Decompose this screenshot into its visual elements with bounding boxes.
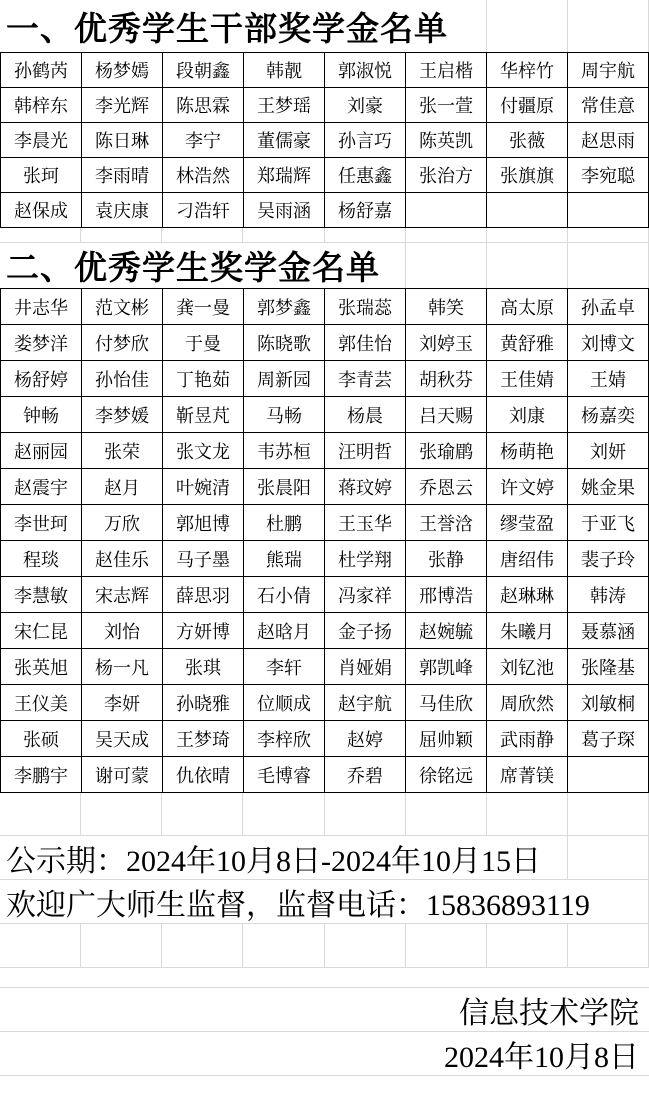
name-cell: 王梦琦 xyxy=(163,721,244,757)
name-cell: 孙言巧 xyxy=(325,123,406,158)
name-cell: 朱曦月 xyxy=(487,613,568,649)
name-cell: 胡秋芬 xyxy=(406,361,487,397)
supervision-phone-text: 欢迎广大师生监督，监督电话：15836893119 xyxy=(0,880,598,923)
name-cell: 肖娅娟 xyxy=(325,649,406,685)
name-cell: 蒋玟婷 xyxy=(325,469,406,505)
name-cell: 李雨晴 xyxy=(82,158,163,193)
table-row: 井志华范文彬龚一曼郭梦鑫张瑞蕊韩笑高太原孙孟卓 xyxy=(1,289,649,325)
name-cell: 刘妍 xyxy=(568,433,649,469)
name-cell: 孙晓雅 xyxy=(163,685,244,721)
table-row: 赵丽园张荣张文龙韦苏桓汪明哲张瑜鹛杨萌艳刘妍 xyxy=(1,433,649,469)
name-cell: 刘敏桐 xyxy=(568,685,649,721)
name-cell: 杨舒婷 xyxy=(1,361,82,397)
table-row: 宋仁昆刘怡方妍博赵晗月金子扬赵婉毓朱曦月聂慕涵 xyxy=(1,613,649,649)
name-cell: 王玉华 xyxy=(325,505,406,541)
name-cell: 席菁镁 xyxy=(487,757,568,793)
name-cell: 屈帅颖 xyxy=(406,721,487,757)
name-cell: 张静 xyxy=(406,541,487,577)
name-cell: 赵婉毓 xyxy=(406,613,487,649)
name-cell: 李光辉 xyxy=(82,88,163,123)
name-cell: 孙怡佳 xyxy=(82,361,163,397)
name-cell: 张晨阳 xyxy=(244,469,325,505)
name-cell: 张英旭 xyxy=(1,649,82,685)
name-cell: 郑瑞辉 xyxy=(244,158,325,193)
name-cell: 任惠鑫 xyxy=(325,158,406,193)
name-cell: 孙孟卓 xyxy=(568,289,649,325)
name-cell: 刁浩轩 xyxy=(163,193,244,228)
name-cell: 郭梦鑫 xyxy=(244,289,325,325)
name-cell: 李青芸 xyxy=(325,361,406,397)
name-cell: 刘钇池 xyxy=(487,649,568,685)
notice-row-2: 欢迎广大师生监督，监督电话：15836893119 xyxy=(0,880,649,924)
name-cell: 赵月 xyxy=(82,469,163,505)
name-cell: 韩笑 xyxy=(406,289,487,325)
name-cell: 赵保成 xyxy=(1,193,82,228)
name-cell: 李世珂 xyxy=(1,505,82,541)
name-cell: 李轩 xyxy=(244,649,325,685)
name-cell: 赵思雨 xyxy=(568,123,649,158)
name-cell: 张隆基 xyxy=(568,649,649,685)
name-cell: 郭旭博 xyxy=(163,505,244,541)
name-cell: 韦苏桓 xyxy=(244,433,325,469)
signature-date-row: 2024年10月8日 xyxy=(0,1032,649,1076)
name-cell: 韩梓东 xyxy=(1,88,82,123)
table-row: 孙鹤芮杨梦嫣段朝鑫韩靓郭淑悦王启楷华梓竹周宇航 xyxy=(1,53,649,88)
name-cell: 赵琳琳 xyxy=(487,577,568,613)
name-cell: 李宁 xyxy=(163,123,244,158)
name-cell: 张珂 xyxy=(1,158,82,193)
name-cell: 于亚飞 xyxy=(568,505,649,541)
name-cell: 姚金果 xyxy=(568,469,649,505)
name-cell: 杨嘉奕 xyxy=(568,397,649,433)
table-row: 张硕吴天成王梦琦李梓欣赵婷屈帅颖武雨静葛子琛 xyxy=(1,721,649,757)
name-cell: 张文龙 xyxy=(163,433,244,469)
name-cell: 杨舒嘉 xyxy=(325,193,406,228)
name-cell: 裴子玲 xyxy=(568,541,649,577)
name-cell: 赵宇航 xyxy=(325,685,406,721)
name-cell: 张硕 xyxy=(1,721,82,757)
name-cell: 吴天成 xyxy=(82,721,163,757)
name-cell: 宋志辉 xyxy=(82,577,163,613)
name-cell: 吴雨涵 xyxy=(244,193,325,228)
section1-title-row: 一、优秀学生干部奖学金名单 xyxy=(0,0,649,52)
name-cell: 杨萌艳 xyxy=(487,433,568,469)
section1-table: 孙鹤芮杨梦嫣段朝鑫韩靓郭淑悦王启楷华梓竹周宇航韩梓东李光辉陈思霖王梦瑶刘豪张一萱… xyxy=(0,52,649,228)
name-cell: 葛子琛 xyxy=(568,721,649,757)
name-cell: 吕天赐 xyxy=(406,397,487,433)
name-cell: 娄梦洋 xyxy=(1,325,82,361)
empty-row xyxy=(0,793,649,836)
name-cell: 赵婷 xyxy=(325,721,406,757)
name-cell: 陈英凯 xyxy=(406,123,487,158)
name-cell: 王仪美 xyxy=(1,685,82,721)
name-cell: 冯家祥 xyxy=(325,577,406,613)
empty-cell xyxy=(568,193,649,228)
name-cell: 马佳欣 xyxy=(406,685,487,721)
name-cell: 李宛聪 xyxy=(568,158,649,193)
section2-table-body: 井志华范文彬龚一曼郭梦鑫张瑞蕊韩笑高太原孙孟卓娄梦洋付梦欣于曼陈晓歌郭佳怡刘婷玉… xyxy=(1,289,649,793)
signature-date: 2024年10月8日 xyxy=(436,1032,649,1075)
name-cell: 李梓欣 xyxy=(244,721,325,757)
name-cell: 黄舒雅 xyxy=(487,325,568,361)
table-row: 韩梓东李光辉陈思霖王梦瑶刘豪张一萱付疆原常佳意 xyxy=(1,88,649,123)
name-cell: 武雨静 xyxy=(487,721,568,757)
name-cell: 张薇 xyxy=(487,123,568,158)
name-cell: 叶婉清 xyxy=(163,469,244,505)
name-cell: 常佳意 xyxy=(568,88,649,123)
name-cell: 刘康 xyxy=(487,397,568,433)
name-cell: 于曼 xyxy=(163,325,244,361)
name-cell: 林浩然 xyxy=(163,158,244,193)
name-cell: 王婧 xyxy=(568,361,649,397)
signature-org-row: 信息技术学院 xyxy=(0,988,649,1032)
name-cell: 方妍博 xyxy=(163,613,244,649)
table-row: 程琰赵佳乐马子墨熊瑞杜学翔张静唐绍伟裴子玲 xyxy=(1,541,649,577)
name-cell: 丁艳茹 xyxy=(163,361,244,397)
name-cell: 周新园 xyxy=(244,361,325,397)
name-cell: 韩靓 xyxy=(244,53,325,88)
section1-title: 一、优秀学生干部奖学金名单 xyxy=(0,0,456,52)
name-cell: 王梦瑶 xyxy=(244,88,325,123)
section2-table: 井志华范文彬龚一曼郭梦鑫张瑞蕊韩笑高太原孙孟卓娄梦洋付梦欣于曼陈晓歌郭佳怡刘婷玉… xyxy=(0,288,649,793)
name-cell: 赵震宇 xyxy=(1,469,82,505)
section2-title-row: 二、优秀学生奖学金名单 xyxy=(0,243,649,288)
table-row: 杨舒婷孙怡佳丁艳茹周新园李青芸胡秋芬王佳婧王婧 xyxy=(1,361,649,397)
name-cell: 薛思羽 xyxy=(163,577,244,613)
name-cell: 赵丽园 xyxy=(1,433,82,469)
name-cell: 乔碧 xyxy=(325,757,406,793)
name-cell: 李鹏宇 xyxy=(1,757,82,793)
name-cell: 陈日琳 xyxy=(82,123,163,158)
name-cell: 万欣 xyxy=(82,505,163,541)
name-cell: 汪明哲 xyxy=(325,433,406,469)
name-cell: 付疆原 xyxy=(487,88,568,123)
table-row: 钟畅李梦媛靳昱芃马畅杨晨吕天赐刘康杨嘉奕 xyxy=(1,397,649,433)
name-cell: 高太原 xyxy=(487,289,568,325)
announcement-sheet: 一、优秀学生干部奖学金名单 孙鹤芮杨梦嫣段朝鑫韩靓郭淑悦王启楷华梓竹周宇航韩梓东… xyxy=(0,0,649,1095)
name-cell: 杨晨 xyxy=(325,397,406,433)
notice-row-1: 公示期：2024年10月8日-2024年10月15日 xyxy=(0,836,649,880)
name-cell: 陈思霖 xyxy=(163,88,244,123)
name-cell: 李妍 xyxy=(82,685,163,721)
name-cell: 张琪 xyxy=(163,649,244,685)
name-cell: 张荣 xyxy=(82,433,163,469)
name-cell: 范文彬 xyxy=(82,289,163,325)
section1-table-body: 孙鹤芮杨梦嫣段朝鑫韩靓郭淑悦王启楷华梓竹周宇航韩梓东李光辉陈思霖王梦瑶刘豪张一萱… xyxy=(1,53,649,228)
name-cell: 陈晓歌 xyxy=(244,325,325,361)
name-cell: 李梦媛 xyxy=(82,397,163,433)
name-cell: 许文婷 xyxy=(487,469,568,505)
name-cell: 仇依晴 xyxy=(163,757,244,793)
table-row: 张英旭杨一凡张琪李轩肖娅娟郭凯峰刘钇池张隆基 xyxy=(1,649,649,685)
name-cell: 孙鹤芮 xyxy=(1,53,82,88)
name-cell: 郭淑悦 xyxy=(325,53,406,88)
name-cell: 韩涛 xyxy=(568,577,649,613)
name-cell: 马畅 xyxy=(244,397,325,433)
name-cell: 刘博文 xyxy=(568,325,649,361)
name-cell: 郭佳怡 xyxy=(325,325,406,361)
name-cell: 李慧敏 xyxy=(1,577,82,613)
table-row: 李世珂万欣郭旭博杜鹏王玉华王誉浛缪莹盈于亚飞 xyxy=(1,505,649,541)
name-cell: 邢博浩 xyxy=(406,577,487,613)
publicity-period-text: 公示期：2024年10月8日-2024年10月15日 xyxy=(0,836,549,879)
section2-title: 二、优秀学生奖学金名单 xyxy=(0,243,388,288)
empty-grid-cells xyxy=(0,228,649,242)
name-cell: 井志华 xyxy=(1,289,82,325)
name-cell: 马子墨 xyxy=(163,541,244,577)
name-cell: 段朝鑫 xyxy=(163,53,244,88)
table-row: 赵震宇赵月叶婉清张晨阳蒋玟婷乔恩云许文婷姚金果 xyxy=(1,469,649,505)
name-cell: 宋仁昆 xyxy=(1,613,82,649)
empty-row xyxy=(0,924,649,968)
name-cell: 熊瑞 xyxy=(244,541,325,577)
name-cell: 毛博睿 xyxy=(244,757,325,793)
name-cell: 位顺成 xyxy=(244,685,325,721)
empty-cell xyxy=(487,193,568,228)
name-cell: 张治方 xyxy=(406,158,487,193)
name-cell: 刘豪 xyxy=(325,88,406,123)
name-cell: 乔恩云 xyxy=(406,469,487,505)
name-cell: 周宇航 xyxy=(568,53,649,88)
empty-cell xyxy=(406,193,487,228)
empty-grid-cells xyxy=(0,793,649,835)
signature-org: 信息技术学院 xyxy=(451,988,649,1031)
name-cell: 唐绍伟 xyxy=(487,541,568,577)
name-cell: 杜鹏 xyxy=(244,505,325,541)
name-cell: 王佳婧 xyxy=(487,361,568,397)
table-row: 张珂李雨晴林浩然郑瑞辉任惠鑫张治方张旗旗李宛聪 xyxy=(1,158,649,193)
table-row: 娄梦洋付梦欣于曼陈晓歌郭佳怡刘婷玉黄舒雅刘博文 xyxy=(1,325,649,361)
name-cell: 张旗旗 xyxy=(487,158,568,193)
empty-grid-cells xyxy=(0,924,649,967)
name-cell: 张一萱 xyxy=(406,88,487,123)
name-cell: 杨梦嫣 xyxy=(82,53,163,88)
name-cell: 赵佳乐 xyxy=(82,541,163,577)
name-cell: 杨一凡 xyxy=(82,649,163,685)
name-cell: 刘婷玉 xyxy=(406,325,487,361)
name-cell: 郭凯峰 xyxy=(406,649,487,685)
name-cell: 张瑜鹛 xyxy=(406,433,487,469)
name-cell: 金子扬 xyxy=(325,613,406,649)
name-cell: 王启楷 xyxy=(406,53,487,88)
name-cell: 钟畅 xyxy=(1,397,82,433)
name-cell: 谢可蒙 xyxy=(82,757,163,793)
name-cell: 杜学翔 xyxy=(325,541,406,577)
name-cell: 程琰 xyxy=(1,541,82,577)
table-row: 李鹏宇谢可蒙仇依晴毛博睿乔碧徐铭远席菁镁 xyxy=(1,757,649,793)
name-cell: 龚一曼 xyxy=(163,289,244,325)
name-cell: 赵晗月 xyxy=(244,613,325,649)
name-cell: 王誉浛 xyxy=(406,505,487,541)
name-cell: 华梓竹 xyxy=(487,53,568,88)
empty-row xyxy=(0,968,649,988)
empty-cell xyxy=(568,757,649,793)
table-row: 李晨光陈日琳李宁董儒豪孙言巧陈英凯张薇赵思雨 xyxy=(1,123,649,158)
name-cell: 缪莹盈 xyxy=(487,505,568,541)
name-cell: 聂慕涵 xyxy=(568,613,649,649)
name-cell: 付梦欣 xyxy=(82,325,163,361)
name-cell: 石小倩 xyxy=(244,577,325,613)
table-row: 赵保成袁庆康刁浩轩吴雨涵杨舒嘉 xyxy=(1,193,649,228)
name-cell: 李晨光 xyxy=(1,123,82,158)
name-cell: 董儒豪 xyxy=(244,123,325,158)
empty-row xyxy=(0,228,649,243)
name-cell: 刘怡 xyxy=(82,613,163,649)
name-cell: 靳昱芃 xyxy=(163,397,244,433)
name-cell: 周欣然 xyxy=(487,685,568,721)
table-row: 李慧敏宋志辉薛思羽石小倩冯家祥邢博浩赵琳琳韩涛 xyxy=(1,577,649,613)
name-cell: 张瑞蕊 xyxy=(325,289,406,325)
name-cell: 袁庆康 xyxy=(82,193,163,228)
name-cell: 徐铭远 xyxy=(406,757,487,793)
table-row: 王仪美李妍孙晓雅位顺成赵宇航马佳欣周欣然刘敏桐 xyxy=(1,685,649,721)
